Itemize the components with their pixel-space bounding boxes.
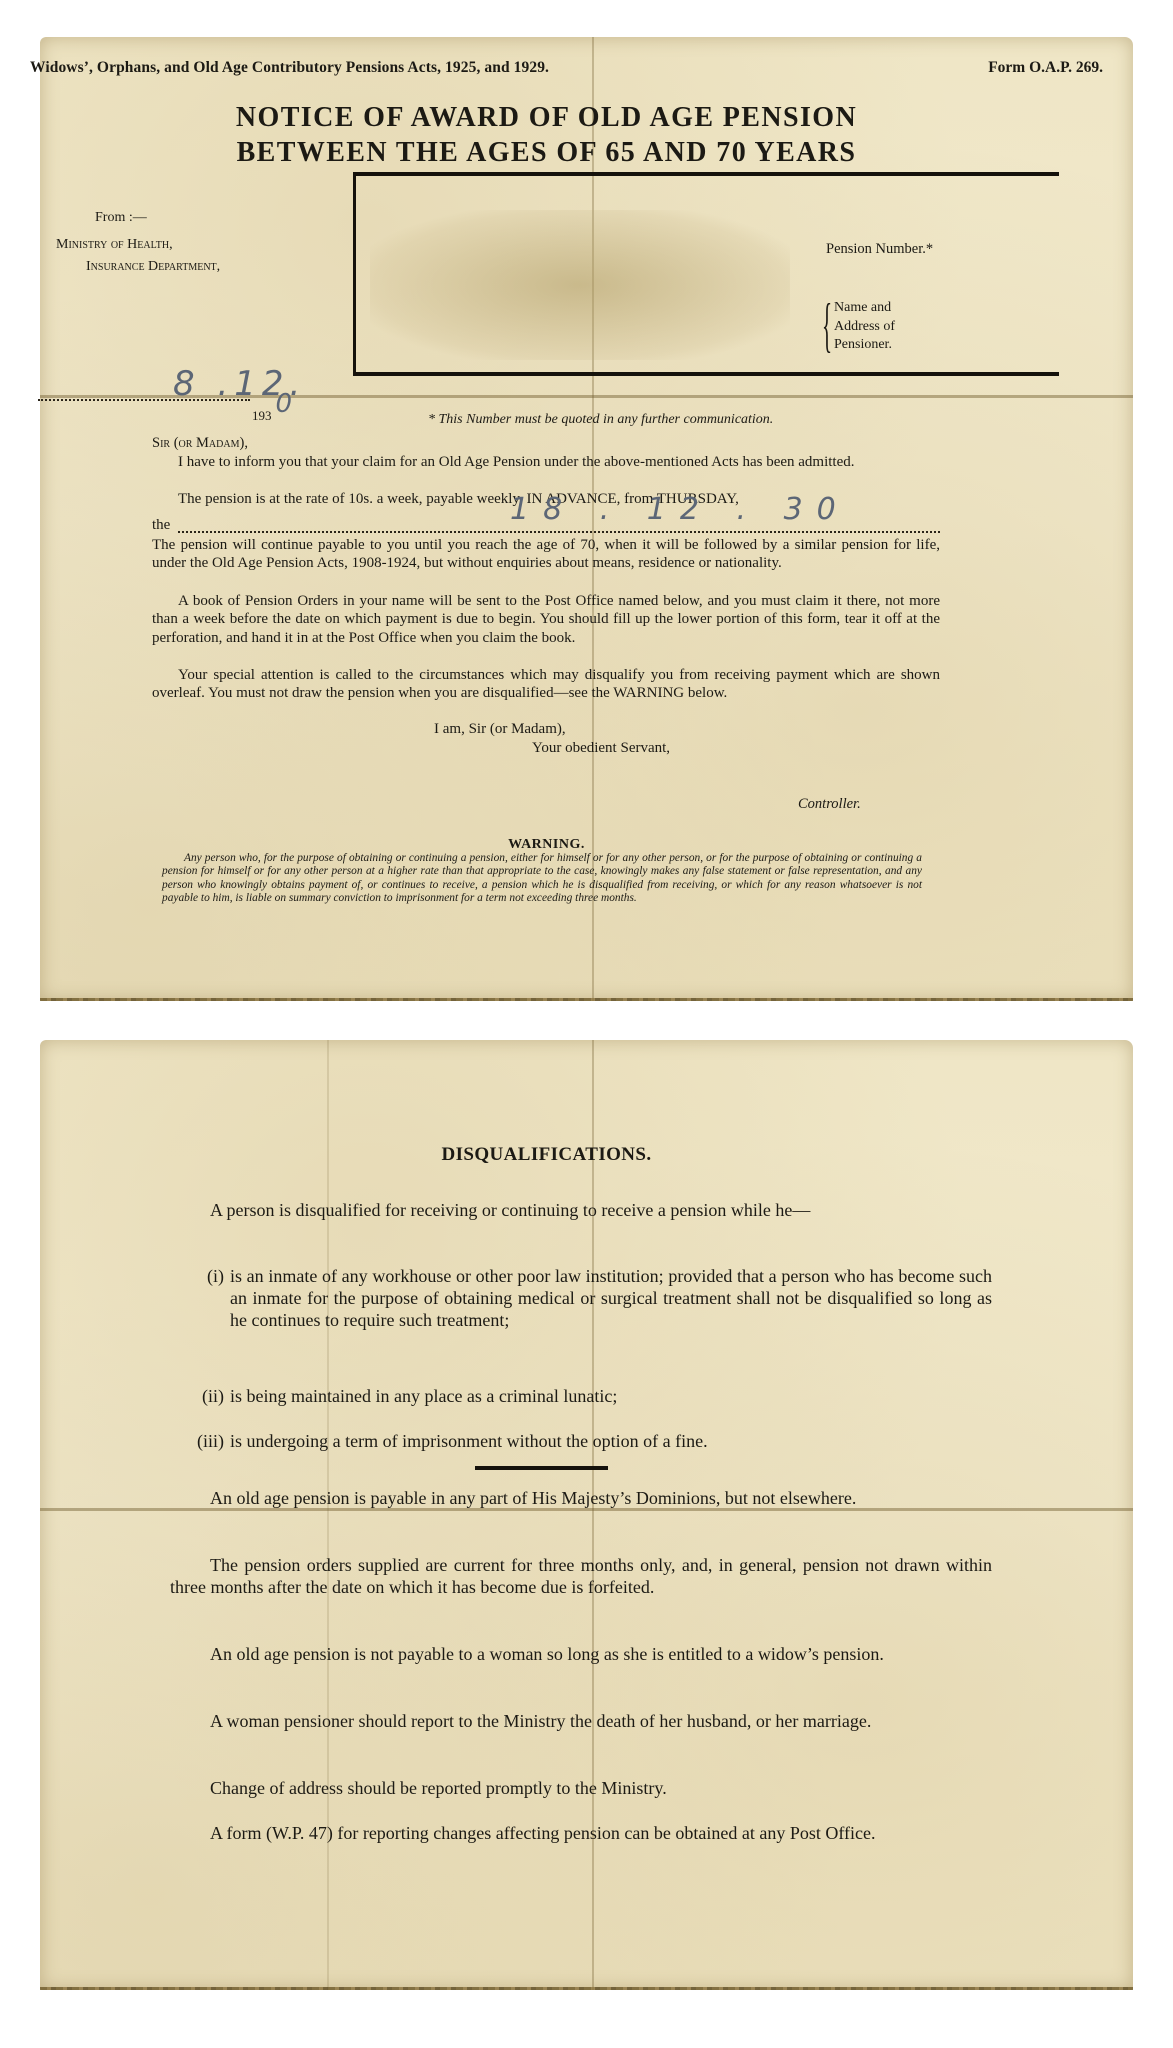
address-box-bottom-rule xyxy=(353,372,1059,376)
signatory-title: Controller. xyxy=(798,796,861,813)
fold-crease-vertical xyxy=(592,1040,594,1990)
pension-number-label: Pension Number.* xyxy=(826,241,933,258)
sender-department: Insurance Department, xyxy=(86,259,220,275)
note-paragraph: A woman pensioner should report to the M… xyxy=(170,1710,992,1732)
warning-text: Any person who, for the purpose of obtai… xyxy=(162,852,922,905)
from-label: From :— xyxy=(95,210,147,226)
sender-ministry: Ministry of Health, xyxy=(56,237,173,253)
warning-heading: WARNING. xyxy=(0,837,1093,853)
address-box-stain xyxy=(370,210,790,360)
closing-line-2: Your obedient Servant, xyxy=(532,740,670,757)
award-paragraph: I have to inform you that your claim for… xyxy=(152,453,940,471)
notice-title-line-2: BETWEEN THE AGES OF 65 AND 70 YEARS xyxy=(0,135,1093,170)
item-number: (i) xyxy=(166,1265,224,1287)
note-paragraph: Change of address should be reported pro… xyxy=(170,1777,992,1799)
note-paragraph: The pension orders supplied are current … xyxy=(170,1554,992,1598)
name-address-line: Pensioner. xyxy=(834,336,895,355)
item-text: is undergoing a term of imprisonment wit… xyxy=(230,1431,708,1451)
start-date-dotted-line xyxy=(178,531,940,533)
closing-line-1: I am, Sir (or Madam), xyxy=(434,721,566,738)
disqualification-item: (ii) is being maintained in any place as… xyxy=(230,1385,992,1407)
continuation-paragraph: The pension will continue payable to you… xyxy=(152,536,940,573)
disqualifications-title: DISQUALIFICATIONS. xyxy=(0,1144,1093,1166)
fold-crease-vertical xyxy=(327,1040,329,1990)
handwritten-year-digit: 0 xyxy=(276,389,293,419)
salutation: Sir (or Madam), xyxy=(152,435,248,452)
address-box-left-rule xyxy=(353,172,356,374)
section-divider xyxy=(475,1466,608,1470)
item-number: (ii) xyxy=(166,1385,224,1407)
note-paragraph: An old age pension is not payable to a w… xyxy=(170,1643,992,1665)
notice-title-line-1: NOTICE OF AWARD OF OLD AGE PENSION xyxy=(0,100,1093,135)
note-paragraph: An old age pension is payable in any par… xyxy=(170,1487,992,1509)
name-address-label: Name and Address of Pensioner. xyxy=(834,299,895,355)
item-number: (iii) xyxy=(166,1430,224,1452)
the-label: the xyxy=(152,517,170,533)
name-address-line: Name and xyxy=(834,299,895,318)
form-number: Form O.A.P. 269. xyxy=(988,59,1103,77)
disqualification-item: (iii) is undergoing a term of imprisonme… xyxy=(230,1430,992,1452)
handwritten-start-date: 18 . 12 . 30 xyxy=(510,492,850,527)
attention-paragraph: Your special attention is called to the … xyxy=(152,666,940,703)
pension-number-footnote: * This Number must be quoted in any furt… xyxy=(428,412,773,428)
address-box-top-rule xyxy=(353,172,1059,176)
note-paragraph: A form (W.P. 47) for reporting changes a… xyxy=(170,1822,992,1844)
date-year-prefix: 1930 xyxy=(252,397,292,427)
acts-reference: Widows’, Orphans, and Old Age Contributo… xyxy=(30,59,549,77)
notice-reverse-sheet xyxy=(40,1040,1133,1990)
pension-orders-paragraph: A book of Pension Orders in your name wi… xyxy=(152,592,940,647)
disqualification-item: (i) is an inmate of any workhouse or oth… xyxy=(230,1265,992,1331)
name-address-line: Address of xyxy=(834,318,895,337)
disqualification-intro: A person is disqualified for receiving o… xyxy=(170,1199,992,1221)
brace-icon: { xyxy=(822,300,832,350)
item-text: is an inmate of any workhouse or other p… xyxy=(230,1266,992,1330)
item-text: is being maintained in any place as a cr… xyxy=(230,1386,617,1406)
